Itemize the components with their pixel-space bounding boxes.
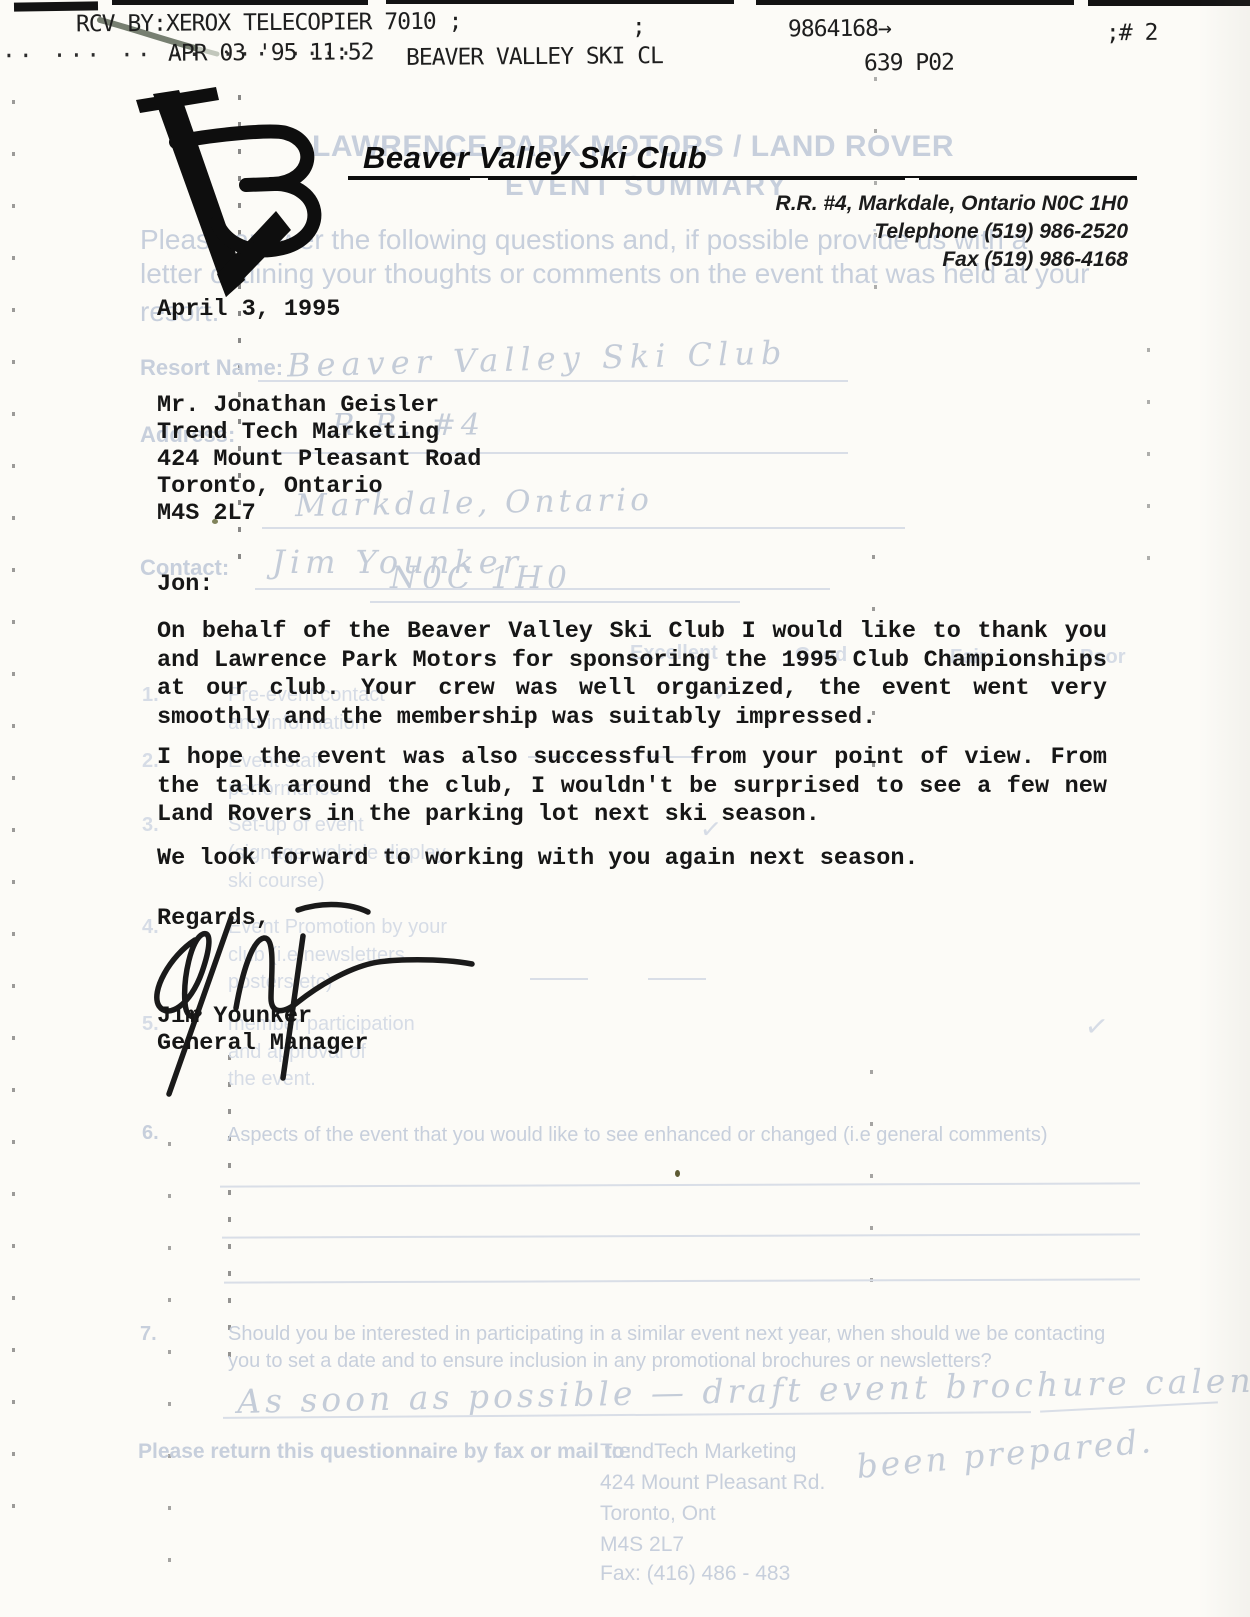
scan-artifact-top-edge [14,1,98,11]
letter-closing: Regards, [157,905,270,934]
letter-date: April 3, 1995 [157,296,340,325]
letterhead-rule-gap [905,178,919,181]
letter-salutation: Jon: [157,571,213,600]
signer-title: General Manager [157,1030,369,1059]
bleed-through-blank-line [262,527,905,529]
recipient-address-block: Mr. Jonathan Geisler Trend Tech Marketin… [157,392,481,527]
letter-paragraph-1: On behalf of the Beaver Valley Ski Club … [157,618,1107,732]
bleed-through-item-number: 6. [142,1122,159,1145]
bleed-through-resort-name-label: Resort Name: [140,355,283,381]
fax-header-datetime: APR 03 '95 11:52 [168,39,374,66]
bleed-through-blank-line [370,601,740,603]
bleed-through-handwritten-answer: been prepared. [855,1421,1155,1486]
fax-header-number: 9864168→ [788,16,891,43]
letter-line: at our club. Your crew was well organize… [157,675,1107,704]
bleed-through-return-address: Fax: (416) 486 - 483 [600,1562,790,1586]
letter-paragraph-2: I hope the event was also successful fro… [157,744,1107,830]
bleed-through-answer-line [222,1233,1140,1238]
letter-line: Land Rovers in the parking lot next ski … [157,801,1107,830]
scan-artifact-top-edge [386,0,734,4]
recipient-company: Trend Tech Marketing [157,419,481,446]
bleed-through-return-address: TrendTech Marketing [600,1440,796,1464]
bleed-through-item-number: 7. [140,1323,157,1346]
letterhead-rule-gap [470,178,488,181]
letter-line: the talk around the club, I wouldn't be … [157,773,1107,802]
scan-artifact-top-edge [1088,0,1250,6]
scanned-fax-letter-page: RCV BY:XEROX TELECOPIER 7010 ; ; 9864168… [0,0,1250,1617]
bleed-through-return-instruction: Please return this questionnaire by fax … [138,1440,632,1464]
letter-line: On behalf of the Beaver Valley Ski Club … [157,618,1107,647]
scan-artifact-vertical-dots [870,1070,873,1330]
scan-speck [675,1170,680,1177]
letterhead-fax: Fax (519) 986-4168 [600,246,1128,274]
signer-name: Jim Younker [157,1003,312,1032]
bleed-through-return-address: 424 Mount Pleasant Rd. [600,1471,825,1495]
bleed-through-contact-value: Jim Younker [272,543,523,581]
scan-artifact-top-edge [756,0,1074,5]
letterhead-club-name: Beaver Valley Ski Club [363,140,707,176]
letterhead-address-block: R.R. #4, Markdale, Ontario N0C 1H0 Telep… [600,190,1128,274]
bleed-through-item-text: the event. [228,1068,316,1091]
bleed-through-answer-line [220,1182,1140,1187]
bleed-through-checkmark: ✓ [1083,1009,1111,1045]
fax-header-page-count: ;# 2 [1106,20,1158,46]
letterhead-rule [348,176,1137,180]
letterhead-address: R.R. #4, Markdale, Ontario N0C 1H0 [600,190,1128,218]
letter-line: and Lawrence Park Motors for sponsoring … [157,647,1107,676]
scan-artifact-top-edge [112,0,368,5]
fax-header-separator: ; [632,14,645,40]
bleed-through-item-text: club (i.e newsletters [228,944,405,967]
bleed-through-return-address: Toronto, Ont [600,1502,716,1526]
bleed-through-return-address: M4S 2L7 [600,1533,684,1557]
scan-artifact-left-margin-dots [12,100,15,1520]
club-logo-bv-monogram-icon [126,84,331,304]
letter-line: I hope the event was also successful fro… [157,744,1107,773]
bleed-through-blank-dash [530,978,588,980]
scan-artifact-left-margin-dots [168,1090,171,1590]
recipient-street: 424 Mount Pleasant Road [157,446,481,473]
bleed-through-blank-dash [648,978,706,980]
bleed-through-resort-name-value: Beaver Valley Ski Club [287,333,788,384]
letter-paragraph-3: We look forward to working with you agai… [157,845,919,874]
letterhead-telephone: Telephone (519) 986-2520 [600,218,1128,246]
bleed-through-blank-line [258,380,848,382]
bleed-through-item-text: Aspects of the event that you would like… [227,1124,1048,1147]
recipient-name: Mr. Jonathan Geisler [157,392,481,419]
fax-header-receiver: RCV BY:XEROX TELECOPIER 7010 ; [76,9,462,38]
scan-artifact-vertical-dots [228,1055,231,1365]
bleed-through-item-text: posters etc) [228,971,332,994]
recipient-postal-code: M4S 2L7 [157,500,481,527]
bleed-through-item-text: Should you be interested in participatin… [228,1323,1105,1346]
letter-line: smoothly and the membership was suitably… [157,704,1107,733]
recipient-city: Toronto, Ontario [157,473,481,500]
bleed-through-answer-line [224,1278,1140,1283]
bleed-through-blank-line [255,588,830,590]
fax-header-sender: BEAVER VALLEY SKI CL [406,43,663,71]
scan-artifact-vertical-dots [1147,348,1150,563]
fax-header-code: 639 P02 [864,50,954,77]
